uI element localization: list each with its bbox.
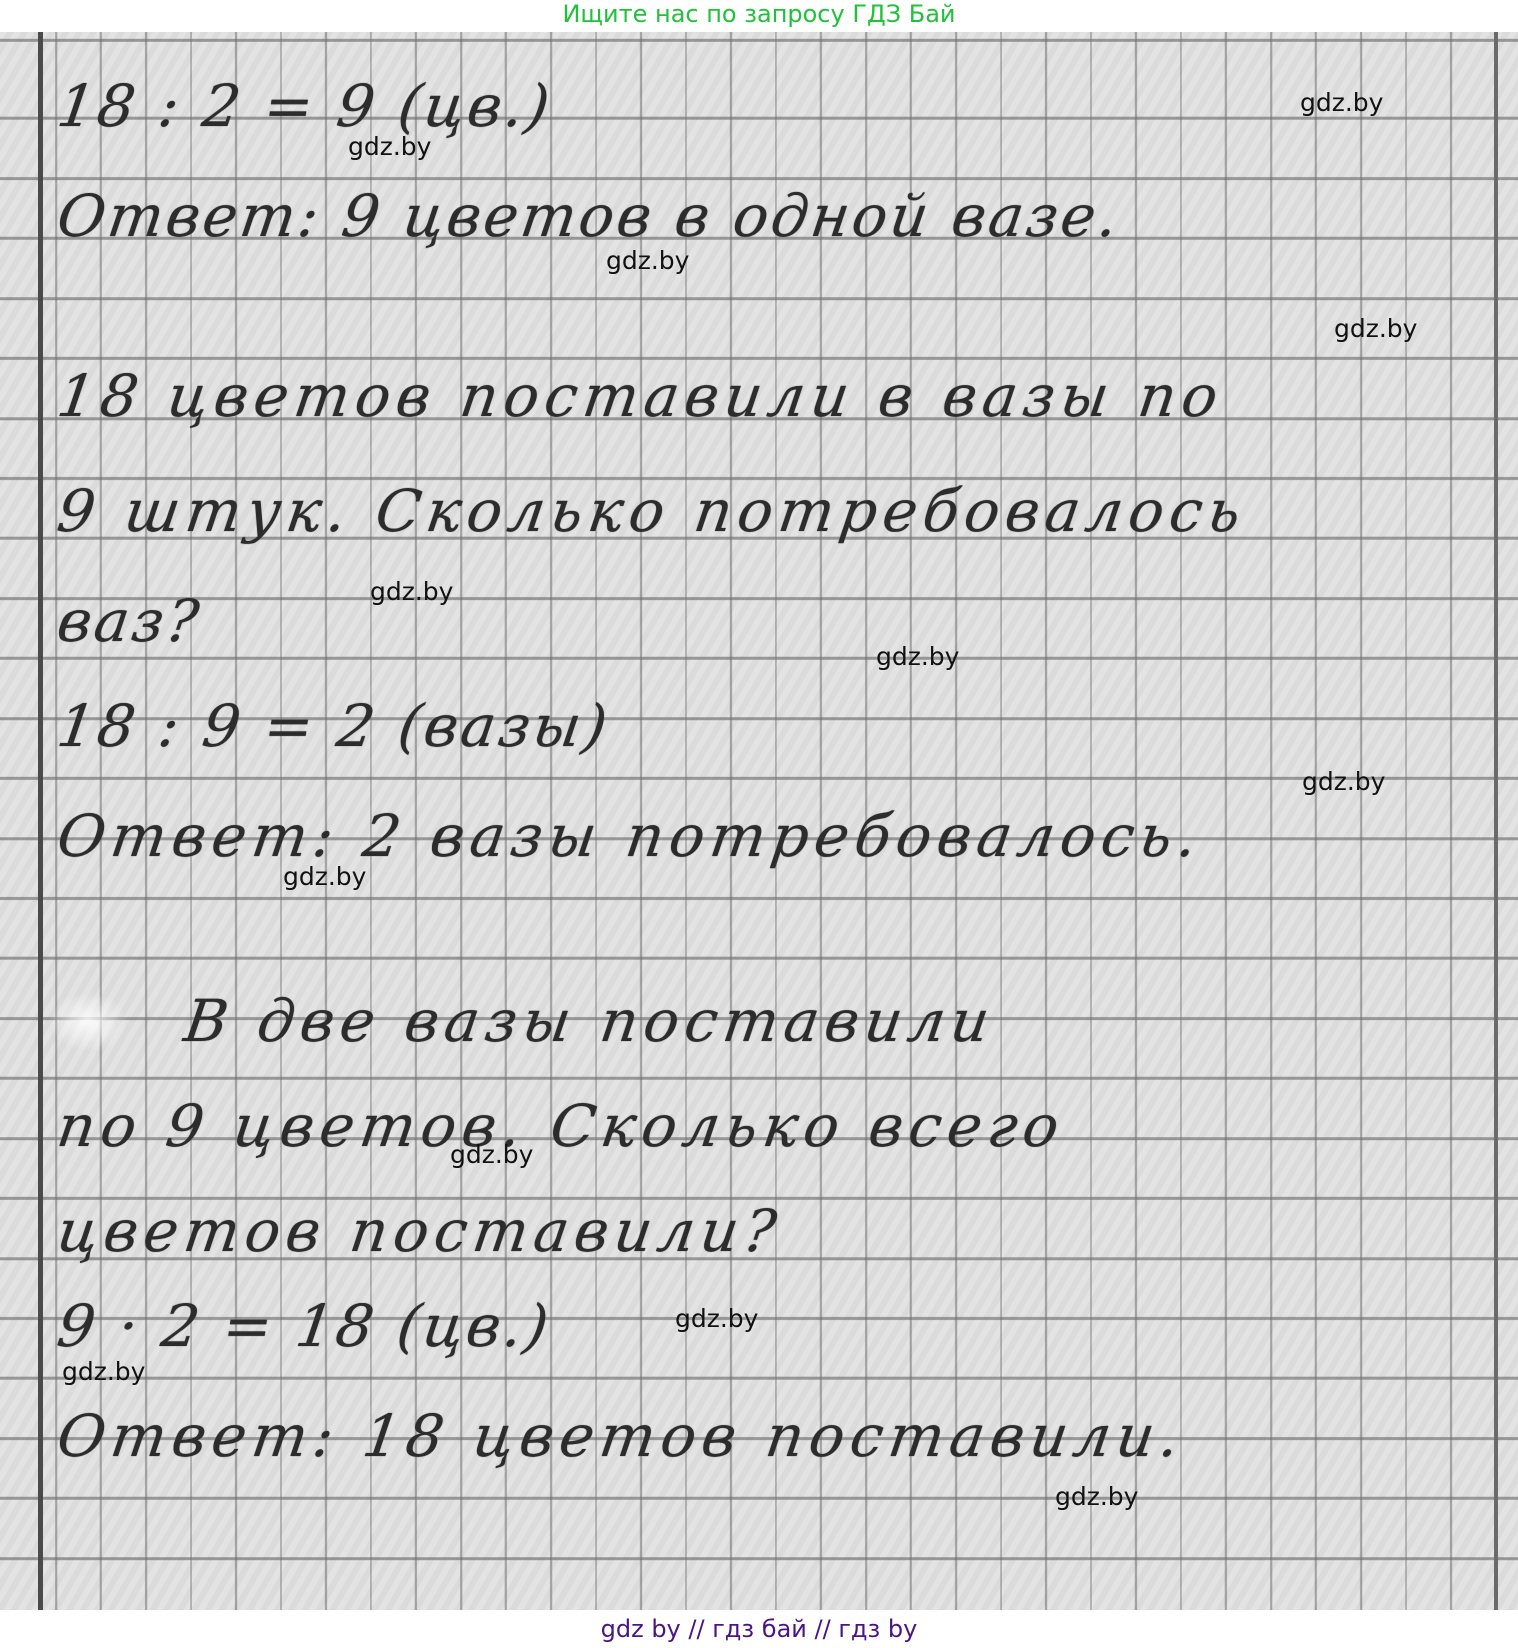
watermark: gdz.by xyxy=(1302,767,1385,796)
handwritten-line-12: Ответ: 18 цветов поставили. xyxy=(53,1402,1189,1470)
handwritten-line-4: 9 штук. Сколько потребовалось xyxy=(53,477,1251,545)
search-hint-banner: Ищите нас по запросу ГДЗ Бай xyxy=(0,0,1518,30)
handwritten-line-3: 18 цветов поставили в вазы по xyxy=(53,362,1228,430)
footer-banner: gdz by // гдз бай // гдз by xyxy=(0,1612,1518,1648)
handwritten-line-1: 18 : 2 = 9 (цв.) xyxy=(53,72,556,140)
watermark: gdz.by xyxy=(675,1304,758,1333)
watermark: gdz.by xyxy=(283,862,366,891)
left-margin-line xyxy=(38,32,43,1610)
handwritten-line-9: по 9 цветов. Сколько всего xyxy=(53,1092,1069,1160)
watermark: gdz.by xyxy=(606,246,689,275)
watermark: gdz.by xyxy=(370,577,453,606)
watermark: gdz.by xyxy=(876,642,959,671)
erased-correction xyxy=(48,992,128,1052)
handwritten-line-7: Ответ: 2 вазы потребовалось. xyxy=(53,802,1207,870)
handwritten-line-8: В двe вазы поставили xyxy=(180,987,999,1055)
watermark: gdz.by xyxy=(1334,314,1417,343)
handwritten-line-6: 18 : 9 = 2 (вазы) xyxy=(53,692,614,760)
handwritten-line-10: цветов поставили? xyxy=(53,1197,786,1265)
notebook-page: 18 : 2 = 9 (цв.) Ответ: 9 цветов в одной… xyxy=(0,32,1518,1610)
watermark: gdz.by xyxy=(450,1140,533,1169)
watermark: gdz.by xyxy=(1300,88,1383,117)
right-margin-line xyxy=(1494,32,1498,1610)
handwritten-line-11: 9 · 2 = 18 (цв.) xyxy=(53,1292,555,1360)
handwritten-line-2: Ответ: 9 цветов в одной вазе. xyxy=(53,182,1125,250)
watermark: gdz.by xyxy=(1055,1482,1138,1511)
watermark: gdz.by xyxy=(62,1357,145,1386)
handwritten-line-5: ваз? xyxy=(53,587,206,655)
watermark: gdz.by xyxy=(348,132,431,161)
